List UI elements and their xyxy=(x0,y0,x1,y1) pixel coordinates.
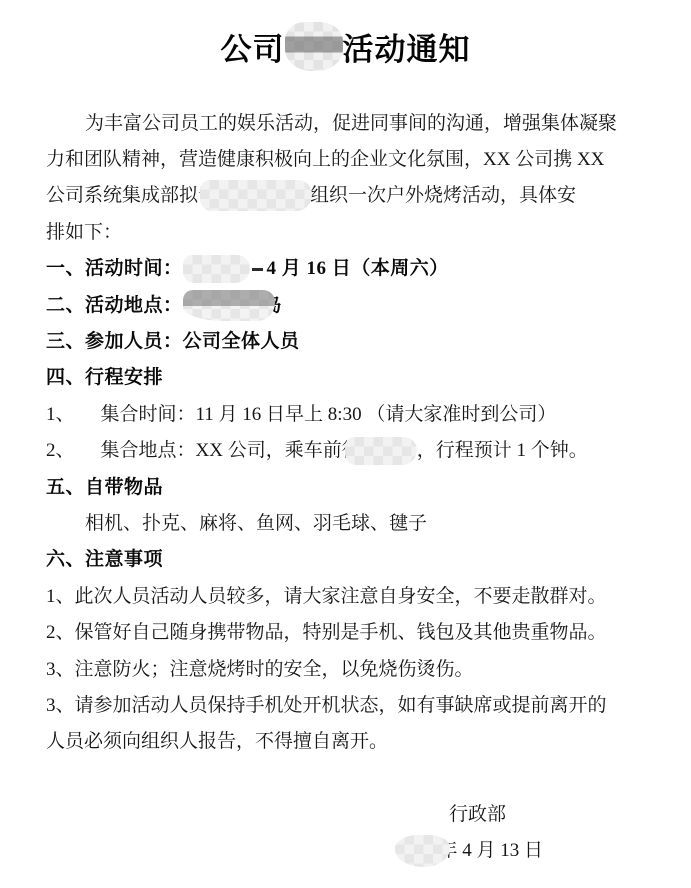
redaction-mosaic xyxy=(183,255,250,283)
text-run: 1、 xyxy=(46,405,75,424)
redaction-stroke xyxy=(252,268,263,271)
document-line: 3、注意防火；注意烧烤时的安全，以免烧伤烫伤。 xyxy=(46,651,646,687)
document-line: 相机、扑克、麻将、鱼网、羽毛球、毽子 xyxy=(46,505,646,541)
text-run: ，行程预计 1 个钟。 xyxy=(417,441,588,460)
document-line: 公司系统集成部拟于组织一次户外烧烤活动，具体安 xyxy=(46,178,646,214)
document-line: 2、集合地点：XX 公司，乘车前往，行程预计 1 个钟。 xyxy=(46,433,646,469)
text-run: 活动通知 xyxy=(343,32,471,67)
text-run: 年 4 月 13 日 xyxy=(438,841,543,860)
document-title: 公司活动通知 xyxy=(0,22,691,73)
text-run: 组织一次户外烧烤活动，具体安 xyxy=(310,186,576,205)
text-run: 排如下： xyxy=(46,223,122,242)
text-run: 1、此次人员活动人员较多，请大家注意自身安全，不要走散群对。 xyxy=(46,587,607,606)
redaction-mosaic xyxy=(395,835,450,867)
redaction-mosaic xyxy=(183,290,275,321)
text-run: 2、 xyxy=(46,441,75,460)
document-line: 力和团队精神，营造健康积极向上的企业文化氛围，XX 公司携 XX xyxy=(46,141,646,177)
text-run: 二、活动地点： xyxy=(46,296,183,315)
text-run: 人员必须向组织人报告，不得擅自离开。 xyxy=(46,732,388,751)
text-run: 3、注意防火；注意烧烤时的安全，以免烧伤烫伤。 xyxy=(46,660,474,679)
document-line: 六、注意事项 xyxy=(46,542,646,578)
document-page: 公司活动通知 为丰富公司员工的娱乐活动，促进同事间的沟通，增强集体凝聚力和团队精… xyxy=(0,0,691,888)
redaction-mosaic xyxy=(285,22,343,71)
text-run: 一、活动时间： xyxy=(46,259,183,278)
document-line: 一、活动时间：4 月 16 日（本周六） xyxy=(46,251,646,287)
document-line: 1、此次人员活动人员较多，请大家注意自身安全，不要走散群对。 xyxy=(46,578,646,614)
document-line: 五、自带物品 xyxy=(46,469,646,505)
text-run: 行政部 xyxy=(449,805,506,824)
text-run: 为丰富公司员工的娱乐活动，促进同事间的沟通，增强集体凝聚 xyxy=(85,114,617,133)
text-run: 2、保管好自己随身携带物品，特别是手机、钱包及其他贵重物品。 xyxy=(46,623,607,642)
text-run: 力和团队精神，营造健康积极向上的企业文化氛围，XX 公司携 XX xyxy=(46,150,604,169)
text-run: 3、请参加活动人员保持手机处开机状态，如有事缺席或提前离开的 xyxy=(46,696,607,715)
document-line: 3、请参加活动人员保持手机处开机状态，如有事缺席或提前离开的 xyxy=(46,687,646,723)
document-line: 2、保管好自己随身携带物品，特别是手机、钱包及其他贵重物品。 xyxy=(46,614,646,650)
document-line: 人员必须向组织人报告，不得擅自离开。 xyxy=(46,724,646,760)
document-line: 排如下： xyxy=(46,214,646,250)
document-line: 三、参加人员：公司全体人员 xyxy=(46,323,646,359)
text-run: 三、参加人员：公司全体人员 xyxy=(46,332,300,351)
document-line: 四、行程安排 xyxy=(46,360,646,396)
document-line: 为丰富公司员工的娱乐活动，促进同事间的沟通，增强集体凝聚 xyxy=(46,105,646,141)
text-run: 相机、扑克、麻将、鱼网、羽毛球、毽子 xyxy=(85,514,427,533)
redaction-mosaic xyxy=(345,437,417,465)
blank-line xyxy=(46,760,646,796)
document-line: 二、活动地点：岛 xyxy=(46,287,646,323)
text-run: 五、自带物品 xyxy=(46,478,163,497)
redaction-mosaic xyxy=(200,180,312,211)
text-run: 六、注意事项 xyxy=(46,550,163,569)
text-run: 集合时间：11 月 16 日早上 8:30 （请大家准时到公司） xyxy=(101,405,557,424)
document-line: 1、集合时间：11 月 16 日早上 8:30 （请大家准时到公司） xyxy=(46,396,646,432)
text-run: 公司系统集成部拟于 xyxy=(46,186,217,205)
text-run: 公司 xyxy=(221,32,285,67)
text-run: 四、行程安排 xyxy=(46,368,163,387)
document-line: 年 4 月 13 日 xyxy=(46,832,646,868)
document-line: 行政部 xyxy=(46,796,646,832)
document-body: 为丰富公司员工的娱乐活动，促进同事间的沟通，增强集体凝聚力和团队精神，营造健康积… xyxy=(46,105,646,869)
text-run: 4 月 16 日（本周六） xyxy=(267,259,449,278)
text-run: 集合地点：XX 公司，乘车前往 xyxy=(101,441,361,460)
